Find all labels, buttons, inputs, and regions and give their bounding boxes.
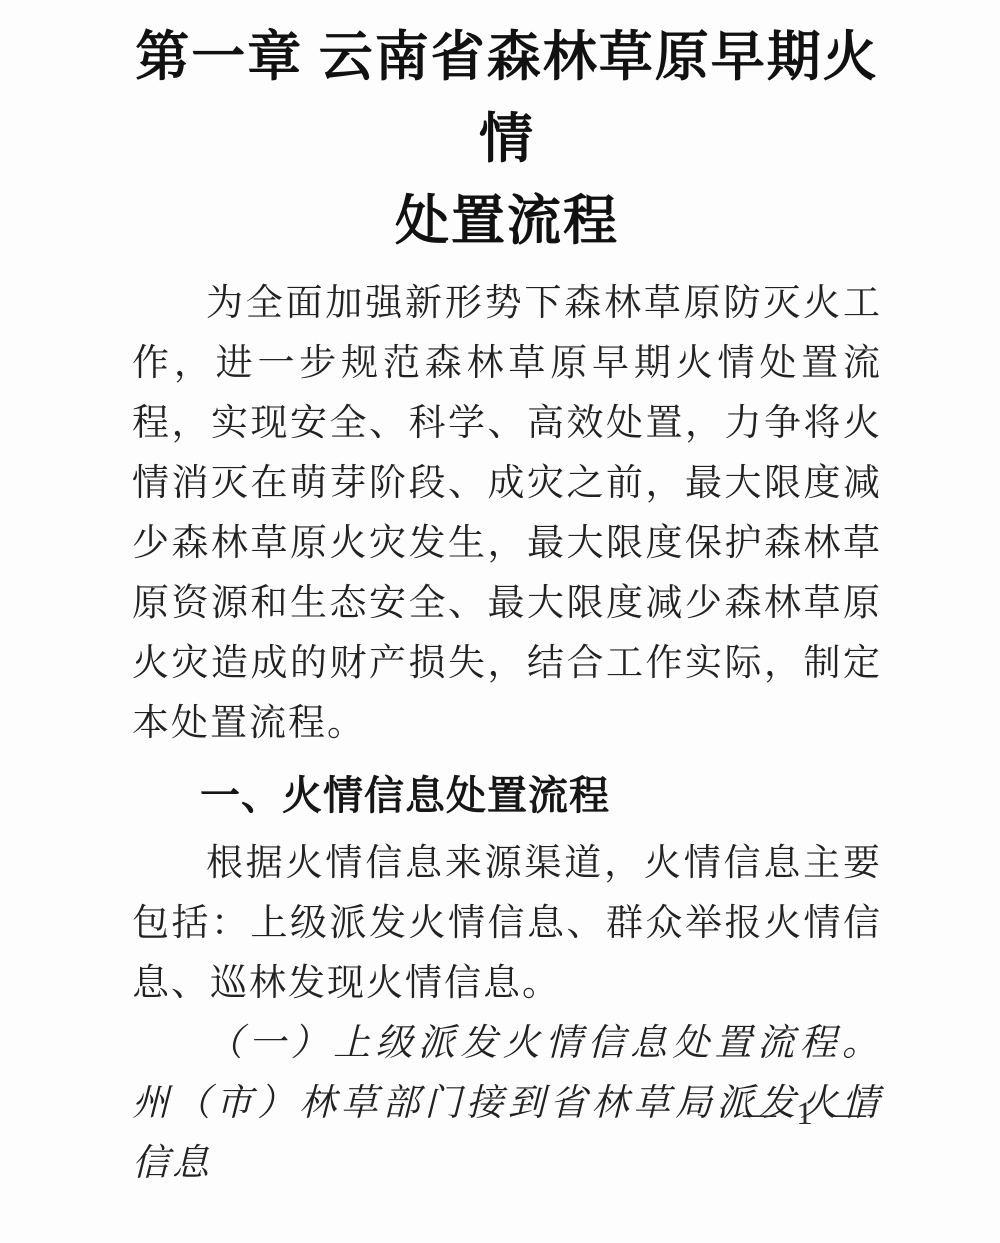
chapter-title-line-2: 处置流程 (132, 180, 882, 262)
intro-paragraph: 为全面加强新形势下森林草原防灭火工作，进一步规范森林草原早期火情处置流程，实现安… (132, 274, 882, 754)
chapter-title: 第一章 云南省森林草原早期火情 处置流程 (132, 16, 882, 262)
section-1-paragraph: 根据火情信息来源渠道，火情信息主要包括：上级派发火情信息、群众举报火情信息、巡林… (132, 834, 882, 1014)
chapter-title-line-1: 第一章 云南省森林草原早期火情 (132, 16, 882, 180)
page-number: — 1 — (743, 1096, 872, 1133)
document-page: 第一章 云南省森林草原早期火情 处置流程 为全面加强新形势下森林草原防灭火工作，… (0, 0, 1000, 1243)
section-1-heading: 一、火情信息处置流程 (132, 764, 882, 828)
document-content: 第一章 云南省森林草原早期火情 处置流程 为全面加强新形势下森林草原防灭火工作，… (0, 0, 1000, 1194)
